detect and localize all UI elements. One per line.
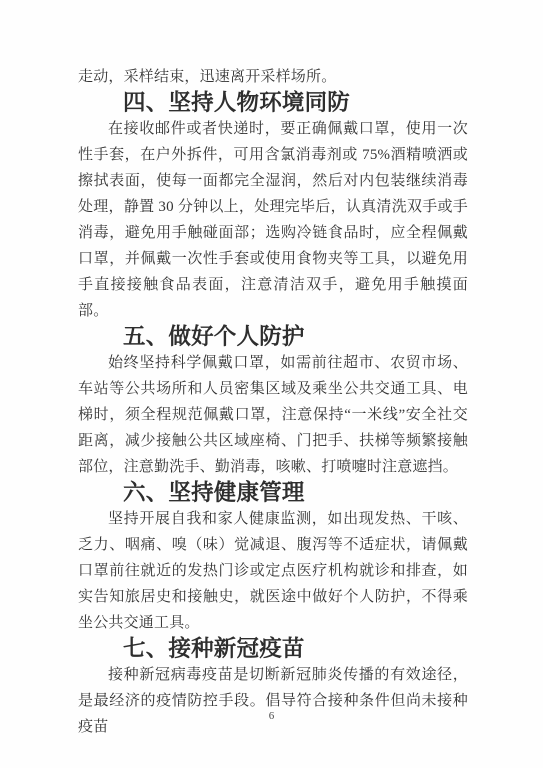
continuation-paragraph: 走动，采样结束，迅速离开采样场所。 (78, 64, 468, 90)
section-paragraph-6: 坚持开展自我和家人健康监测，如出现发热、干咳、乏力、咽痛、嗅（味）觉减退、腹泻等… (78, 506, 468, 636)
section-paragraph-4: 在接收邮件或者快递时，要正确佩戴口罩，使用一次性手套，在户外拆件，可用含氯消毒剂… (78, 116, 468, 324)
page-number: 6 (0, 710, 543, 722)
section-paragraph-7: 接种新冠病毒疫苗是切断新冠肺炎传播的有效途径，是最经济的疫情防控手段。倡导符合接… (78, 662, 468, 740)
section-heading-5: 五、做好个人防护 (78, 324, 468, 350)
document-page: 走动，采样结束，迅速离开采样场所。 四、坚持人物环境同防 在接收邮件或者快递时，… (0, 0, 543, 768)
section-paragraph-5: 始终坚持科学佩戴口罩，如需前往超市、农贸市场、车站等公共场所和人员密集区域及乘坐… (78, 350, 468, 480)
section-heading-6: 六、坚持健康管理 (78, 480, 468, 506)
document-body: 走动，采样结束，迅速离开采样场所。 四、坚持人物环境同防 在接收邮件或者快递时，… (78, 64, 468, 740)
section-heading-4: 四、坚持人物环境同防 (78, 90, 468, 116)
section-heading-7: 七、接种新冠疫苗 (78, 636, 468, 662)
